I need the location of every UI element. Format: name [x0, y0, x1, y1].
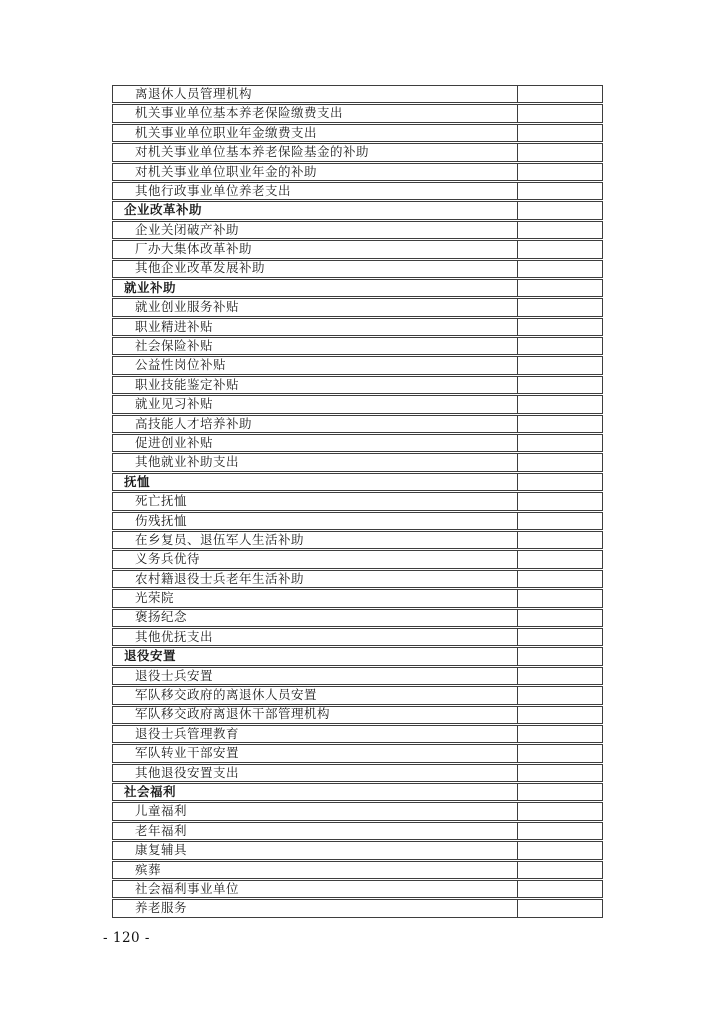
row-label: 高技能人才培养补助 [113, 416, 517, 432]
row-value-cell [517, 493, 602, 509]
row-value-cell [517, 842, 602, 858]
table-row: 对机关事业单位基本养老保险基金的补助 [112, 143, 603, 161]
table-row: 其他退役安置支出 [112, 764, 603, 782]
table-row: 退役士兵管理教育 [112, 725, 603, 743]
row-label: 退役安置 [113, 648, 517, 664]
table-row: 抚恤 [112, 473, 603, 491]
table-row: 退役安置 [112, 647, 603, 665]
row-label: 社会福利事业单位 [113, 881, 517, 897]
row-value-cell [517, 222, 602, 238]
table-row: 促进创业补贴 [112, 434, 603, 452]
budget-table: 离退休人员管理机构 机关事业单位基本养老保险缴费支出 机关事业单位职业年金缴费支… [112, 85, 603, 918]
table-row: 农村籍退役士兵老年生活补助 [112, 570, 603, 588]
row-value-cell [517, 551, 602, 567]
table-row: 社会福利 [112, 783, 603, 801]
row-label: 抚恤 [113, 474, 517, 490]
row-value-cell [517, 435, 602, 451]
table-row: 义务兵优待 [112, 550, 603, 568]
row-label: 职业技能鉴定补贴 [113, 377, 517, 393]
row-value-cell [517, 377, 602, 393]
row-value-cell [517, 416, 602, 432]
row-label: 对机关事业单位基本养老保险基金的补助 [113, 144, 517, 160]
table-row: 军队移交政府的离退休人员安置 [112, 686, 603, 704]
table-row: 在乡复员、退伍军人生活补助 [112, 531, 603, 549]
row-value-cell [517, 881, 602, 897]
row-value-cell [517, 86, 602, 102]
row-value-cell [517, 280, 602, 296]
row-label: 公益性岗位补贴 [113, 357, 517, 373]
row-label: 就业创业服务补贴 [113, 299, 517, 315]
row-value-cell [517, 862, 602, 878]
table-row: 机关事业单位职业年金缴费支出 [112, 124, 603, 142]
row-value-cell [517, 164, 602, 180]
table-row: 老年福利 [112, 822, 603, 840]
row-value-cell [517, 823, 602, 839]
table-row: 社会福利事业单位 [112, 880, 603, 898]
page-number: - 120 - [103, 930, 150, 946]
document-page: 离退休人员管理机构 机关事业单位基本养老保险缴费支出 机关事业单位职业年金缴费支… [0, 0, 714, 1010]
row-label: 军队移交政府的离退休人员安置 [113, 687, 517, 703]
table-row: 军队转业干部安置 [112, 744, 603, 762]
table-row: 就业补助 [112, 279, 603, 297]
row-value-cell [517, 202, 602, 218]
table-row: 职业技能鉴定补贴 [112, 376, 603, 394]
table-row: 就业创业服务补贴 [112, 298, 603, 316]
row-label: 其他行政事业单位养老支出 [113, 183, 517, 199]
row-label: 就业见习补贴 [113, 396, 517, 412]
row-value-cell [517, 125, 602, 141]
row-value-cell [517, 571, 602, 587]
row-label: 机关事业单位基本养老保险缴费支出 [113, 105, 517, 121]
table-row: 公益性岗位补贴 [112, 356, 603, 374]
table-row: 康复辅具 [112, 841, 603, 859]
row-value-cell [517, 726, 602, 742]
row-label: 儿童福利 [113, 803, 517, 819]
row-value-cell [517, 532, 602, 548]
row-label: 褒扬纪念 [113, 610, 517, 626]
row-value-cell [517, 241, 602, 257]
row-label: 其他退役安置支出 [113, 765, 517, 781]
table-row: 其他就业补助支出 [112, 453, 603, 471]
row-label: 在乡复员、退伍军人生活补助 [113, 532, 517, 548]
table-row: 其他优抚支出 [112, 628, 603, 646]
table-row: 军队移交政府离退休干部管理机构 [112, 706, 603, 724]
table-row: 离退休人员管理机构 [112, 85, 603, 103]
row-label: 厂办大集体改革补助 [113, 241, 517, 257]
row-label: 离退休人员管理机构 [113, 86, 517, 102]
table-row: 其他企业改革发展补助 [112, 260, 603, 278]
row-label: 职业精进补贴 [113, 319, 517, 335]
row-label: 死亡抚恤 [113, 493, 517, 509]
row-label: 就业补助 [113, 280, 517, 296]
table-row: 企业关闭破产补助 [112, 221, 603, 239]
table-row: 机关事业单位基本养老保险缴费支出 [112, 104, 603, 122]
table-row: 对机关事业单位职业年金的补助 [112, 163, 603, 181]
row-label: 促进创业补贴 [113, 435, 517, 451]
row-value-cell [517, 396, 602, 412]
row-value-cell [517, 590, 602, 606]
row-value-cell [517, 900, 602, 916]
row-label: 养老服务 [113, 900, 517, 916]
row-label: 其他就业补助支出 [113, 454, 517, 470]
table-row: 儿童福利 [112, 802, 603, 820]
table-row: 就业见习补贴 [112, 395, 603, 413]
row-value-cell [517, 319, 602, 335]
row-value-cell [517, 668, 602, 684]
row-value-cell [517, 105, 602, 121]
row-label: 军队转业干部安置 [113, 745, 517, 761]
table-row: 伤残抚恤 [112, 512, 603, 530]
row-label: 企业关闭破产补助 [113, 222, 517, 238]
row-value-cell [517, 454, 602, 470]
table-row: 厂办大集体改革补助 [112, 240, 603, 258]
row-value-cell [517, 803, 602, 819]
row-label: 退役士兵安置 [113, 668, 517, 684]
row-value-cell [517, 707, 602, 723]
table-row: 其他行政事业单位养老支出 [112, 182, 603, 200]
row-label: 老年福利 [113, 823, 517, 839]
row-value-cell [517, 474, 602, 490]
table-row: 企业改革补助 [112, 201, 603, 219]
table-row: 退役士兵安置 [112, 667, 603, 685]
row-value-cell [517, 745, 602, 761]
row-value-cell [517, 648, 602, 664]
row-value-cell [517, 299, 602, 315]
row-value-cell [517, 687, 602, 703]
table-row: 职业精进补贴 [112, 318, 603, 336]
table-row: 高技能人才培养补助 [112, 415, 603, 433]
row-label: 对机关事业单位职业年金的补助 [113, 164, 517, 180]
row-label: 企业改革补助 [113, 202, 517, 218]
row-label: 社会福利 [113, 784, 517, 800]
table-row: 殡葬 [112, 861, 603, 879]
row-label: 殡葬 [113, 862, 517, 878]
row-label: 康复辅具 [113, 842, 517, 858]
row-value-cell [517, 183, 602, 199]
row-label: 退役士兵管理教育 [113, 726, 517, 742]
table-row: 死亡抚恤 [112, 492, 603, 510]
row-label: 社会保险补贴 [113, 338, 517, 354]
row-label: 伤残抚恤 [113, 513, 517, 529]
table-row: 褒扬纪念 [112, 609, 603, 627]
row-value-cell [517, 629, 602, 645]
row-label: 农村籍退役士兵老年生活补助 [113, 571, 517, 587]
row-value-cell [517, 357, 602, 373]
row-value-cell [517, 144, 602, 160]
row-label: 其他企业改革发展补助 [113, 261, 517, 277]
row-value-cell [517, 261, 602, 277]
row-label: 其他优抚支出 [113, 629, 517, 645]
row-value-cell [517, 513, 602, 529]
row-label: 光荣院 [113, 590, 517, 606]
row-value-cell [517, 338, 602, 354]
table-row: 光荣院 [112, 589, 603, 607]
row-label: 军队移交政府离退休干部管理机构 [113, 707, 517, 723]
row-value-cell [517, 784, 602, 800]
table-row: 社会保险补贴 [112, 337, 603, 355]
row-value-cell [517, 610, 602, 626]
table-row: 养老服务 [112, 899, 603, 917]
row-label: 义务兵优待 [113, 551, 517, 567]
row-label: 机关事业单位职业年金缴费支出 [113, 125, 517, 141]
row-value-cell [517, 765, 602, 781]
